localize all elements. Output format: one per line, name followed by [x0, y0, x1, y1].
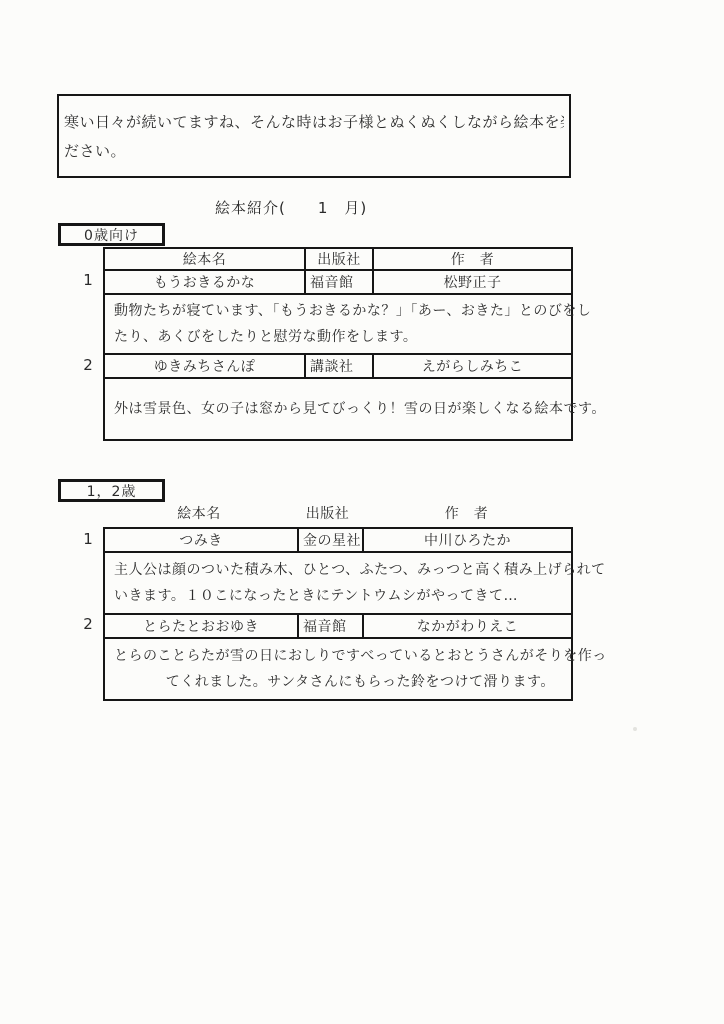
- section-label-age1-2-text: 1，2歳: [87, 481, 137, 501]
- col-header-publisher: 出版社: [304, 249, 372, 269]
- book-author: 中川ひろたか: [362, 529, 571, 551]
- table-row: 動物たちが寝ています、「もうおきるかな？」「あー、おきた」とのびをし たり、あく…: [105, 293, 571, 353]
- section-label-age0-text: 0歳向け: [84, 225, 139, 245]
- intro-message-box: 寒い日々が続いてますね、そんな時はお子様とぬくぬくしながら絵本を楽しんでく ださ…: [57, 94, 571, 178]
- intro-line-2: ださい。: [64, 137, 564, 166]
- book-author: なかがわりえこ: [362, 615, 571, 637]
- scan-speck: [633, 727, 637, 731]
- book-title: もうおきるかな: [105, 271, 304, 293]
- table-row: 主人公は顔のついた積み木、ひとつ、ふたつ、みっつと高く積み上げられて いきます。…: [105, 551, 571, 613]
- book-description: 動物たちが寝ています、「もうおきるかな？」「あー、おきた」とのびをし たり、あく…: [105, 295, 600, 353]
- book-publisher: 講談社: [304, 355, 372, 377]
- description-line: とらのことらたが雪の日におしりですべっているとおとうさんがそりを作っ: [114, 643, 607, 669]
- book-title: つみき: [105, 529, 297, 551]
- table-age1-2-header: 絵本名 出版社 作 者: [103, 503, 573, 523]
- table-row: とらのことらたが雪の日におしりですべっているとおとうさんがそりを作っ てくれまし…: [105, 637, 571, 699]
- book-description: とらのことらたが雪の日におしりですべっているとおとうさんがそりを作っ てくれまし…: [105, 639, 616, 699]
- table1-row1-number: 1: [78, 270, 98, 290]
- table-age1-2: つみき 金の星社 中川ひろたか 主人公は顔のついた積み木、ひとつ、ふたつ、みっつ…: [103, 527, 573, 701]
- table-row: ゆきみちさんぽ 講談社 えがらしみちこ: [105, 353, 571, 377]
- scanned-document-page: 寒い日々が続いてますね、そんな時はお子様とぬくぬくしながら絵本を楽しんでく ださ…: [0, 0, 724, 1024]
- table1-row2-number: 2: [78, 355, 98, 375]
- table-row: 絵本名 出版社 作 者: [105, 249, 571, 269]
- book-title: とらたとおおゆき: [105, 615, 297, 637]
- description-line: 主人公は顔のついた積み木、ひとつ、ふたつ、みっつと高く積み上げられて: [114, 557, 606, 583]
- table-age0: 絵本名 出版社 作 者 もうおきるかな 福音館 松野正子 動物たちが寝ています、…: [103, 247, 573, 441]
- description-line: いきます。１０こになったときにテントウムシがやってきて…: [114, 583, 606, 609]
- col-header-publisher: 出版社: [295, 503, 360, 523]
- col-header-author: 作 者: [372, 249, 571, 269]
- table-row: とらたとおおゆき 福音館 なかがわりえこ: [105, 613, 571, 637]
- book-author: えがらしみちこ: [372, 355, 571, 377]
- col-header-book-title: 絵本名: [105, 249, 304, 269]
- section-label-age0: 0歳向け: [58, 223, 165, 246]
- page-title: 絵本紹介( 1 月): [215, 197, 367, 218]
- book-title: ゆきみちさんぽ: [105, 355, 304, 377]
- col-header-author: 作 者: [360, 503, 573, 523]
- description-line: たり、あくびをしたりと慰労な動作をします。: [114, 324, 591, 350]
- book-description: 主人公は顔のついた積み木、ひとつ、ふたつ、みっつと高く積み上げられて いきます。…: [105, 553, 615, 613]
- book-publisher: 福音館: [304, 271, 372, 293]
- book-publisher: 福音館: [297, 615, 362, 637]
- section-label-age1-2: 1，2歳: [58, 479, 165, 502]
- table2-row2-number: 2: [78, 614, 98, 634]
- intro-line-1: 寒い日々が続いてますね、そんな時はお子様とぬくぬくしながら絵本を楽しんでく: [64, 108, 564, 137]
- book-publisher: 金の星社: [297, 529, 362, 551]
- table-row: もうおきるかな 福音館 松野正子: [105, 269, 571, 293]
- description-line: 動物たちが寝ています、「もうおきるかな？」「あー、おきた」とのびをし: [114, 298, 591, 324]
- table-row: つみき 金の星社 中川ひろたか: [105, 529, 571, 551]
- book-description: 外は雪景色、女の子は窓から見てびっくり！雪の日が楽しくなる絵本です。: [105, 379, 615, 439]
- description-line: 外は雪景色、女の子は窓から見てびっくり！雪の日が楽しくなる絵本です。: [114, 396, 606, 422]
- table-row: 外は雪景色、女の子は窓から見てびっくり！雪の日が楽しくなる絵本です。: [105, 377, 571, 439]
- table2-row1-number: 1: [78, 529, 98, 549]
- book-author: 松野正子: [372, 271, 571, 293]
- col-header-book-title: 絵本名: [103, 503, 295, 523]
- description-line: てくれました。サンタさんにもらった鈴をつけて滑ります。: [114, 669, 607, 695]
